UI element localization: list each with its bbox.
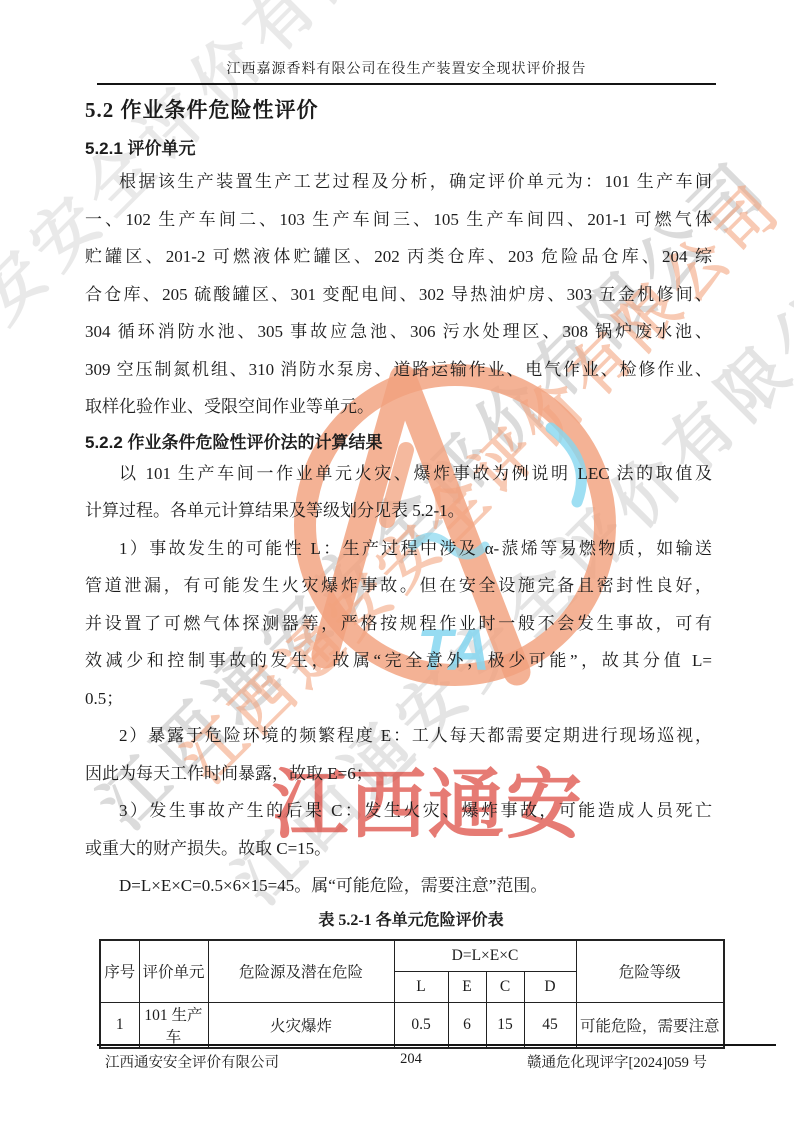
paragraph-exposure-e: 2）暴露于危险环境的频繁程度 E：工人每天都需要定期进行现场巡视，因此为每天工作… <box>85 717 712 792</box>
text-line: 1）事故发生的可能性 L：生产过程中涉及 α-蒎烯等易燃物质，如输送 <box>85 530 712 568</box>
content-layer: 江西嘉源香料有限公司在役生产装置安全现状评价报告 5.2 作业条件危险性评价 5… <box>0 0 794 1123</box>
cell-no: 1 <box>100 1002 139 1048</box>
paragraph-evaluation-units: 根据该生产装置生产工艺过程及分析，确定评价单元为：101 生产车间一、102 生… <box>85 163 712 426</box>
header-cell-no: 序号 <box>100 940 139 1003</box>
header-cell-e: E <box>448 971 486 1002</box>
text-line: 合仓库、205 硫酸罐区、301 变配电间、302 导热油炉房、303 五金机修… <box>85 276 712 314</box>
text-line: 以 101 生产车间一作业单元火灾、爆炸事故为例说明 LEC 法的取值及 <box>85 455 712 493</box>
text-line: 309 空压制氮机组、310 消防水泵房、道路运输作业、电气作业、检修作业、 <box>85 351 712 389</box>
page-header-title: 江西嘉源香料有限公司在役生产装置安全现状评价报告 <box>97 58 716 78</box>
text-line: 效减少和控制事故的发生，故属“完全意外，极少可能”，故其分值 L= <box>85 642 712 680</box>
text-line: D=L×E×C=0.5×6×15=45。属“可能危险，需要注意”范围。 <box>85 867 712 905</box>
cell-e: 6 <box>448 1002 486 1048</box>
header-cell-d: D <box>524 971 576 1002</box>
text-line: 并设置了可燃气体探测器等，严格按规程作业时一般不会发生事故，可有 <box>85 605 712 643</box>
cell-unit: 101 生产车 <box>139 1002 208 1048</box>
header-cell-c: C <box>486 971 524 1002</box>
text-line: 因此为每天工作时间暴露，故取 E=6； <box>85 755 712 793</box>
text-line: 计算过程。各单元计算结果及等级划分见表 5.2-1。 <box>85 492 712 530</box>
section-heading-5-2-2: 5.2.2 作业条件危险性评价法的计算结果 <box>85 428 712 453</box>
text-line: 根据该生产装置生产工艺过程及分析，确定评价单元为：101 生产车间 <box>85 163 712 201</box>
cell-hazard: 火灾爆炸 <box>208 1002 394 1048</box>
header-cell-hazard: 危险源及潜在危险 <box>208 940 394 1003</box>
header-cell-formula: D=L×E×C <box>394 940 576 972</box>
paragraph-d-result: D=L×E×C=0.5×6×15=45。属“可能危险，需要注意”范围。 <box>85 867 712 905</box>
cell-c: 15 <box>486 1002 524 1048</box>
section-heading-5-2-1: 5.2.1 评价单元 <box>85 134 712 159</box>
footer-doc-number: 赣通危化现评字[2024]059 号 <box>527 1051 707 1072</box>
paragraph-possibility-l: 1）事故发生的可能性 L：生产过程中涉及 α-蒎烯等易燃物质，如输送管道泄漏，有… <box>85 530 712 718</box>
paragraph-lec-example: 以 101 生产车间一作业单元火灾、爆炸事故为例说明 LEC 法的取值及计算过程… <box>85 455 712 530</box>
footer-rule <box>97 1044 776 1046</box>
text-line: 管道泄漏，有可能发生火灾爆炸事故。但在安全设施完备且密封性良好， <box>85 567 712 605</box>
text-line: 取样化验作业、受限空间作业等单元。 <box>85 388 712 426</box>
table-row: 1 101 生产车 火灾爆炸 0.5 6 15 45 可能危险，需要注意 <box>100 1002 724 1048</box>
document-body: 5.2 作业条件危险性评价 5.2.1 评价单元 根据该生产装置生产工艺过程及分… <box>85 88 712 1049</box>
text-line: 3）发生事故产生的后果 C：发生火灾、爆炸事故，可能造成人员死亡 <box>85 792 712 830</box>
header-rule <box>97 83 716 85</box>
risk-evaluation-table: 序号 评价单元 危险源及潜在危险 D=L×E×C 危险等级 L E C D 1 <box>99 939 725 1049</box>
report-page: 江西通安安全评价有限公司 江西通安安全评价有限公司 江西通安安全评价有限公司 江… <box>0 0 794 1123</box>
text-line: 一、102 生产车间二、103 生产车间三、105 生产车间四、201-1 可燃… <box>85 201 712 239</box>
section-heading-5-2: 5.2 作业条件危险性评价 <box>85 94 712 124</box>
cell-d: 45 <box>524 1002 576 1048</box>
text-line: 0.5； <box>85 680 712 718</box>
header-cell-level: 危险等级 <box>576 940 724 1003</box>
text-line: 2）暴露于危险环境的频繁程度 E：工人每天都需要定期进行现场巡视， <box>85 717 712 755</box>
paragraph-consequence-c: 3）发生事故产生的后果 C：发生火灾、爆炸事故，可能造成人员死亡或重大的财产损失… <box>85 792 712 867</box>
cell-l: 0.5 <box>394 1002 448 1048</box>
text-line: 贮罐区、201-2 可燃液体贮罐区、202 丙类仓库、203 危险品仓库、204… <box>85 238 712 276</box>
header-cell-l: L <box>394 971 448 1002</box>
text-line: 或重大的财产损失。故取 C=15。 <box>85 830 712 868</box>
table-caption: 表 5.2-1 各单元危险评价表 <box>99 909 723 933</box>
header-cell-unit: 评价单元 <box>139 940 208 1003</box>
text-line: 304 循环消防水池、305 事故应急池、306 污水处理区、308 锅炉废水池… <box>85 313 712 351</box>
cell-level: 可能危险，需要注意 <box>576 1002 724 1048</box>
